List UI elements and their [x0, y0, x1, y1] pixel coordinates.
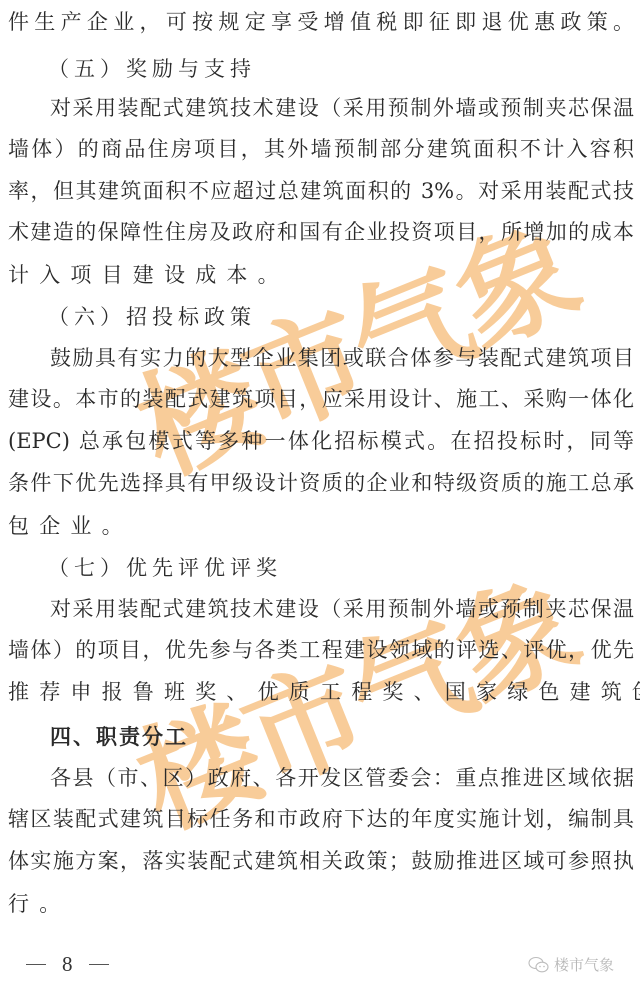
paragraph-line: 对采用装配式建筑技术建设（采用预制外墙或预制夹芯保温: [50, 95, 634, 121]
paragraph-line: 墙体）的商品住房项目，其外墙预制部分建筑面积不计入容积: [8, 136, 634, 162]
section-heading-5: （五）奖励与支持: [48, 56, 640, 82]
paragraph-line: 条件下优先选择具有甲级设计资质的企业和特级资质的施工总承: [8, 470, 634, 496]
paragraph-line: 率，但其建筑面积不应超过总建筑面积的 3%。对采用装配式技: [8, 178, 634, 204]
section-heading-7: （七）优先评优评奖: [48, 555, 640, 581]
paragraph-line: 件生产企业，可按规定享受增值税即征即退优惠政策。: [8, 9, 634, 35]
paragraph-line: 对采用装配式建筑技术建设（采用预制外墙或预制夹芯保温: [50, 596, 634, 622]
paragraph-line: (EPC) 总承包模式等多种一体化招标模式。在招投标时，同等: [8, 428, 634, 454]
section-heading-6: （六）招投标政策: [48, 304, 640, 330]
section-heading-4: 四、职责分工: [50, 724, 640, 750]
document-body: 件生产企业，可按规定享受增值税即征即退优惠政策。 （五）奖励与支持 对采用装配式…: [0, 0, 640, 999]
document-page: 楼市气象 楼市气象 件生产企业，可按规定享受增值税即征即退优惠政策。 （五）奖励…: [0, 0, 640, 999]
paragraph-line: 辖区装配式建筑目标任务和市政府下达的年度实施计划，编制具: [8, 806, 634, 832]
paragraph-line: 各县（市、区）政府、各开发区管委会：重点推进区域依据: [50, 765, 634, 791]
paragraph-line: 墙体）的项目，优先参与各类工程建设领域的评选、评优，优先: [8, 637, 634, 663]
paragraph-line: 建设。本市的装配式建筑项目，应采用设计、施工、采购一体化: [8, 386, 634, 412]
paragraph-line: 鼓励具有实力的大型企业集团或联合体参与装配式建筑项目: [50, 345, 634, 371]
paragraph-line: 行。: [8, 891, 634, 917]
paragraph-line: 推荐申报鲁班奖、优质工程奖、国家绿色建筑创新奖等。: [8, 679, 634, 705]
paragraph-line: 包企业。: [8, 513, 634, 539]
paragraph-line: 体实施方案，落实装配式建筑相关政策；鼓励推进区域可参照执: [8, 848, 634, 874]
paragraph-line: 计入项目建设成本。: [8, 262, 634, 288]
paragraph-line: 术建造的保障性住房及政府和国有企业投资项目，所增加的成本: [8, 219, 634, 245]
